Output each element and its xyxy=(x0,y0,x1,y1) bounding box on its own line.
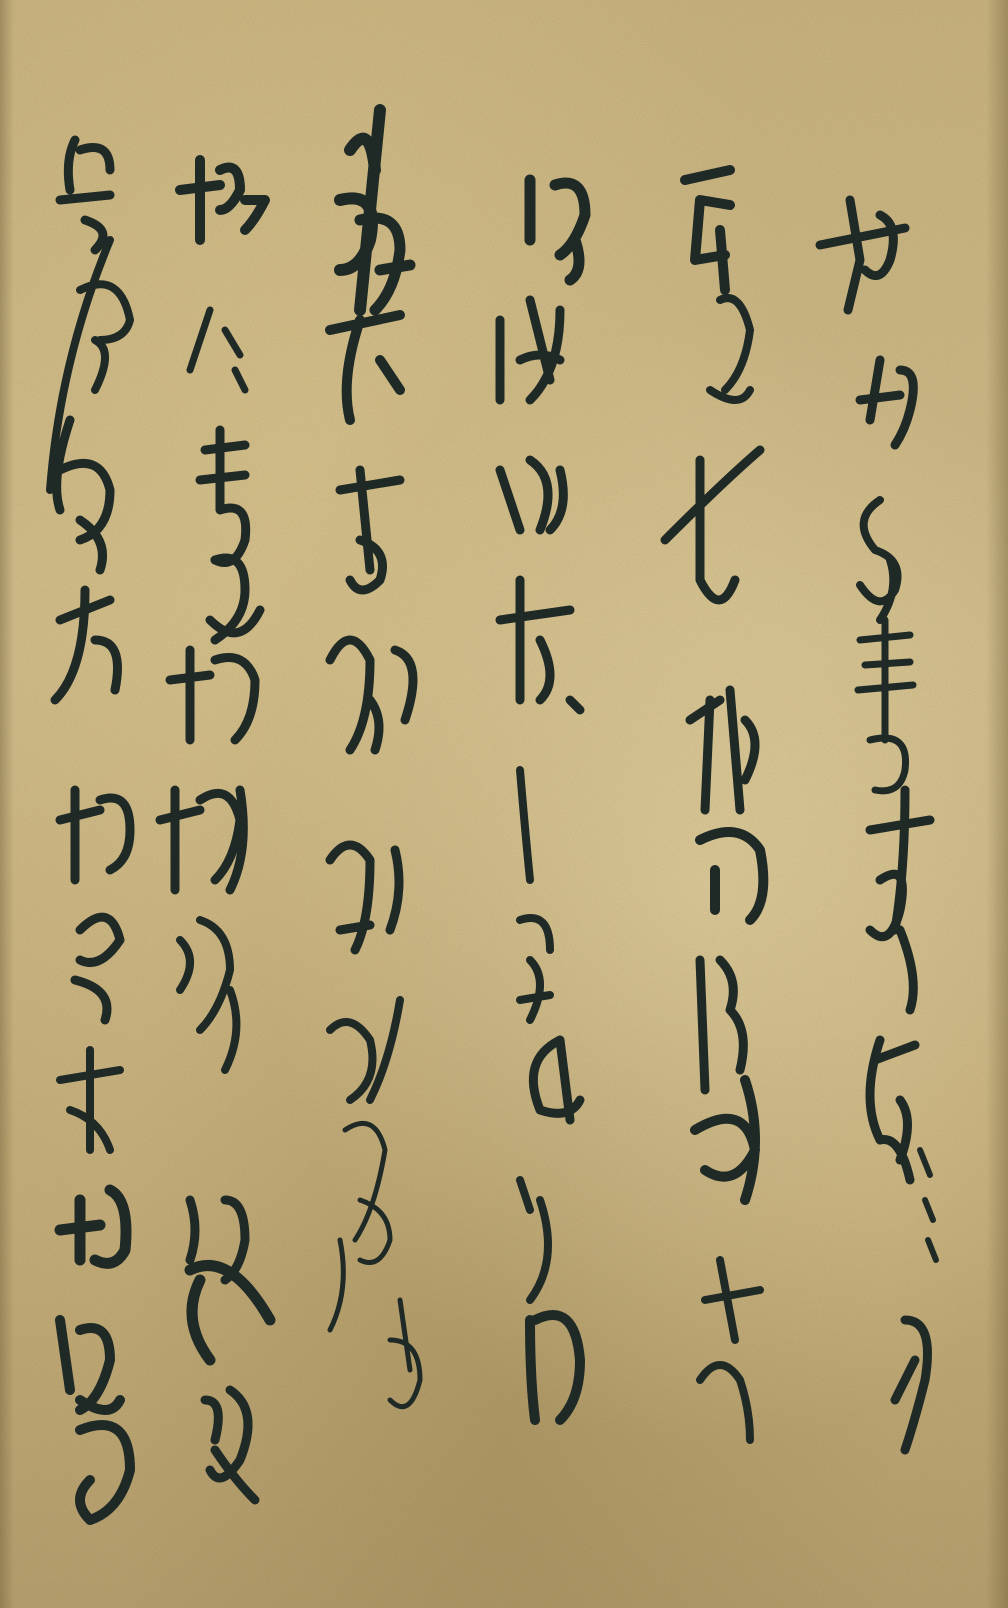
column-6 xyxy=(50,140,130,1520)
column-3 xyxy=(500,180,585,1420)
column-1 xyxy=(820,200,936,1450)
ink-strokes xyxy=(0,0,1008,1608)
column-4 xyxy=(330,110,420,1407)
calligraphy-scroll: 想仲要書千文寄ぐ 年來老我兩眼如織 近欲於茫茫時覺眠 雖不落默默趕去書 搖之春愛… xyxy=(0,0,1008,1608)
column-2 xyxy=(665,170,763,1440)
column-5 xyxy=(160,160,270,1500)
